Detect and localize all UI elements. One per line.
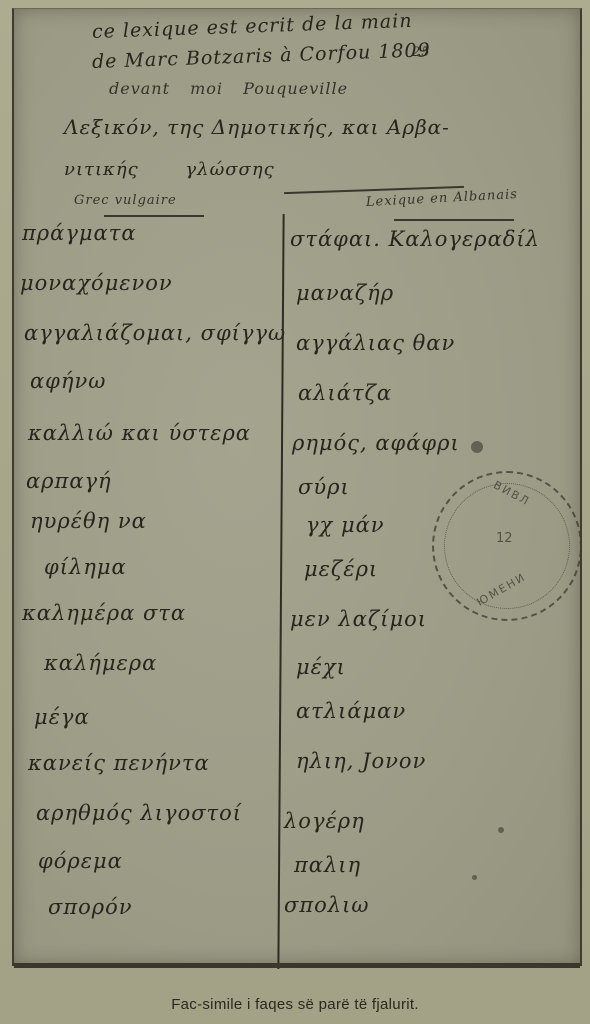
figure-caption: Fac-simile i faqes së parë të fjalurit.: [0, 996, 590, 1013]
left-word: μέγα: [34, 705, 90, 729]
left-word: καλλιώ και ύστερα: [28, 421, 251, 445]
left-word: σπορόν: [48, 895, 133, 919]
left-word: αρηθμός λιγοστοί: [36, 801, 242, 825]
right-column-heading: Lexique en Albanais: [366, 187, 519, 210]
right-word: μεν λαζίμοι: [290, 607, 427, 631]
right-heading-underline: [394, 219, 514, 221]
right-word: μεζέρι: [304, 557, 378, 581]
left-word: ηυρέθη να: [30, 509, 147, 533]
stamp-number: 12: [496, 531, 513, 546]
header-line-3: devant moi Pouqueville: [109, 79, 348, 98]
left-word: κανείς πενήντα: [28, 751, 210, 775]
header-line-5: νιτικής γλώσσης: [64, 159, 275, 180]
left-heading-underline: [104, 215, 204, 217]
right-word: γχ μάν: [306, 513, 385, 537]
left-word: καλημέρα στα: [22, 601, 186, 625]
left-word: αρπαγή: [26, 469, 112, 493]
right-word: στάφαι. Καλογεραδίλ: [290, 227, 540, 251]
ink-blot: [471, 441, 483, 453]
header-line-1: ce lexique est ecrit de la main: [92, 10, 413, 43]
left-word: φόρεμα: [38, 849, 123, 873]
header-line-2: de Marc Botzaris à Corfou 1809: [92, 39, 431, 73]
left-word: πράγματα: [22, 221, 137, 245]
right-word: παλιη: [294, 853, 361, 877]
manuscript-facsimile: ce lexique est ecrit de la main 25 de Ma…: [12, 8, 582, 966]
right-word: σπολιω: [284, 893, 369, 917]
right-word: λογέρη: [284, 809, 365, 833]
ink-blot: [472, 875, 477, 880]
right-word: μαναζήρ: [296, 281, 394, 305]
right-word: ρημός, αφάφρι: [292, 431, 460, 455]
left-word: αγγαλιάζομαι, σφίγγω: [24, 321, 286, 345]
left-word: φίλημα: [44, 555, 127, 579]
header-line-4: Λεξικόν, της Δημοτικής, και Αρβα-: [64, 115, 450, 139]
right-word: αγγάλιας θαν: [296, 331, 455, 355]
right-word: αλιάτζα: [298, 381, 392, 405]
left-word: μοναχόμενον: [20, 271, 173, 295]
left-word: καλήμερα: [44, 651, 157, 675]
left-word: αφήνω: [30, 369, 106, 393]
right-word: μέχι: [296, 655, 346, 679]
ink-blot: [498, 827, 504, 833]
right-word: σύρι: [298, 475, 350, 499]
library-stamp: ВИВЛ 12 ЮМЕНИ: [432, 471, 582, 621]
right-word: ηλιη, Jονον: [296, 749, 426, 773]
left-column-heading: Grec vulgaire: [74, 193, 177, 208]
right-word: ατλιάμαν: [296, 699, 406, 723]
